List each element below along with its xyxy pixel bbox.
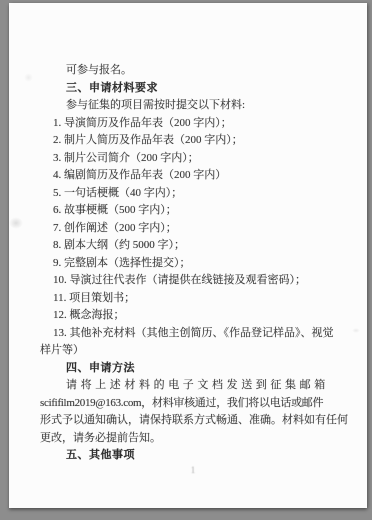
intro-continuation-line: 可参与报名。 (40, 62, 332, 80)
list-item-12: 12. 概念海报； (40, 307, 332, 325)
section-materials-heading: 三、申请材料要求 (40, 80, 332, 98)
list-item-8: 8. 剧本大纲（约 5000 字）； (40, 237, 332, 255)
list-item-13-continuation: 样片等） (40, 342, 332, 360)
scanned-page-background: { "colors": { "scanner_background": "#8d… (0, 0, 372, 520)
method-paragraph-line-1: 请将上述材料的电子文档发送到征集邮箱 (40, 377, 332, 395)
list-item-13: 13. 其他补充材料（其他主创简历、《作品登记样品》、视觉 (40, 325, 332, 343)
page-number: 1 (187, 465, 199, 475)
list-item-10: 10. 导演过往代表作（请提供在线链接及观看密码）； (40, 272, 332, 290)
scan-smudge (9, 217, 23, 229)
section-method-heading: 四、申请方法 (40, 360, 332, 378)
document-body: 可参与报名。 三、申请材料要求 参与征集的项目需按时提交以下材料: 1. 导演简… (40, 62, 332, 465)
list-item-6: 6. 故事梗概（500 字内）； (40, 202, 332, 220)
list-item-1: 1. 导演简历及作品年表（200 字内）； (40, 115, 332, 133)
list-item-4: 4. 编剧简历及作品年表（200 字内） (40, 167, 332, 185)
list-item-9: 9. 完整剧本（选择性提交）； (40, 255, 332, 273)
list-item-11: 11. 项目策划书； (40, 290, 332, 308)
list-item-7: 7. 创作阐述（200 字内）； (40, 220, 332, 238)
list-item-5: 5. 一句话梗概（40 字内）； (40, 185, 332, 203)
list-item-3: 3. 制片公司简介（200 字内）； (40, 150, 332, 168)
method-paragraph-line-4: 更改，请务必提前告知。 (40, 430, 332, 448)
section-other-heading: 五、其他事项 (40, 447, 332, 465)
materials-lead-line: 参与征集的项目需按时提交以下材料: (40, 97, 332, 115)
method-paragraph-line-2-email: scififilm2019@163.com，材料审核通过，我们将以电话或邮件 (40, 395, 332, 413)
method-paragraph-line-3: 形式予以通知确认，请保持联系方式畅通、准确。材料如有任何 (40, 412, 332, 430)
scan-smudge (352, 328, 360, 333)
scan-smudge (24, 73, 33, 82)
list-item-2: 2. 制片人简历及作品年表（200 字内）； (40, 132, 332, 150)
scanned-paper: 可参与报名。 三、申请材料要求 参与征集的项目需按时提交以下材料: 1. 导演简… (9, 3, 367, 508)
